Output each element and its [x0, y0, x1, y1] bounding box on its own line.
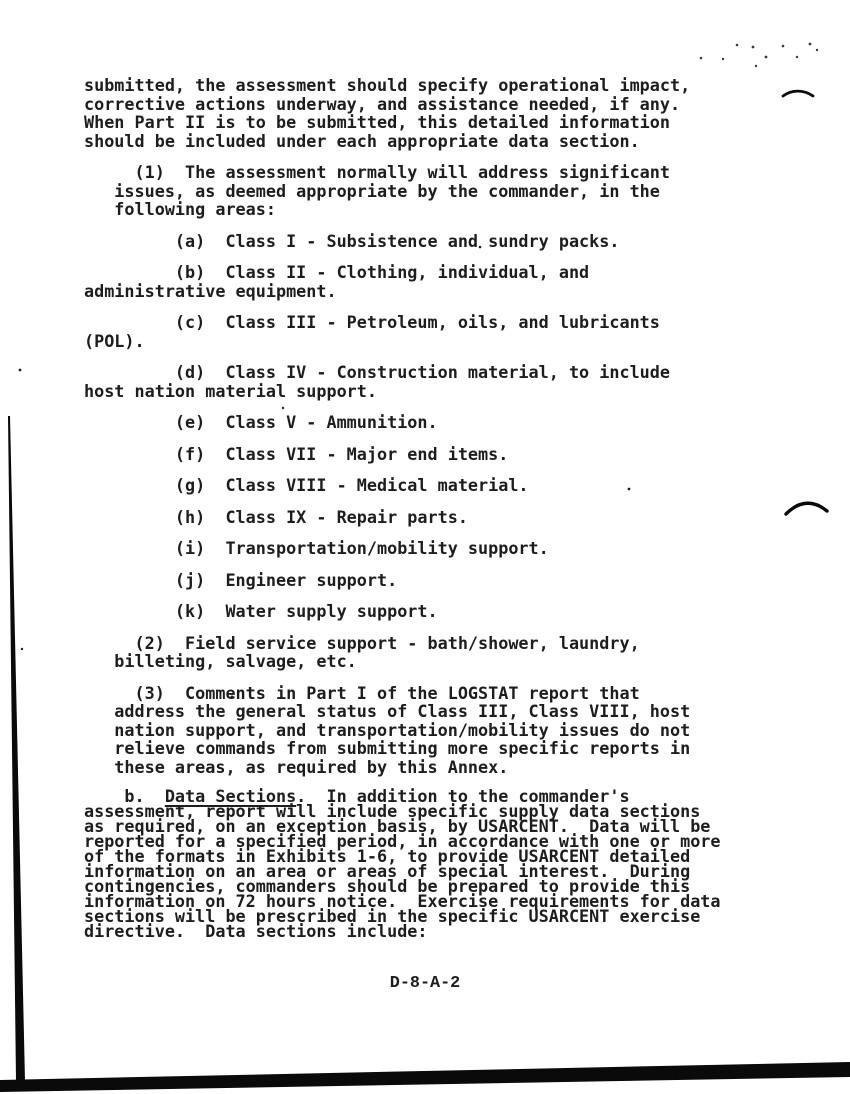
list-item-i: (i) Transportation/mobility support.	[84, 539, 850, 558]
para-3: (3) Comments in Part I of the LOGSTAT re…	[84, 684, 850, 777]
para-2: (2) Field service support - bath/shower,…	[84, 634, 850, 671]
para-intro: submitted, the assessment should specify…	[84, 76, 850, 150]
para-1: (1) The assessment normally will address…	[84, 163, 850, 219]
list-item-a: (a) Class I - Subsistence and sundry pac…	[84, 232, 850, 251]
list-item-f: (f) Class VII - Major end items.	[84, 445, 850, 464]
page-number: D-8-A-2	[0, 975, 850, 994]
list-item-e: (e) Class V - Ammunition.	[84, 413, 850, 432]
document-page: submitted, the assessment should specify…	[0, 0, 850, 1094]
para-b-data-sections: b. Data Sections. In addition to the com…	[84, 789, 850, 939]
para-b-body: . In addition to the commander's assessm…	[84, 786, 721, 941]
list-item-j: (j) Engineer support.	[84, 571, 850, 590]
list-item-h: (h) Class IX - Repair parts.	[84, 508, 850, 527]
list-item-c: (c) Class III - Petroleum, oils, and lub…	[84, 313, 850, 350]
list-item-b: (b) Class II - Clothing, individual, and…	[84, 263, 850, 300]
list-item-k: (k) Water supply support.	[84, 602, 850, 621]
list-item-g: (g) Class VIII - Medical material.	[84, 476, 850, 495]
list-item-d: (d) Class IV - Construction material, to…	[84, 363, 850, 400]
